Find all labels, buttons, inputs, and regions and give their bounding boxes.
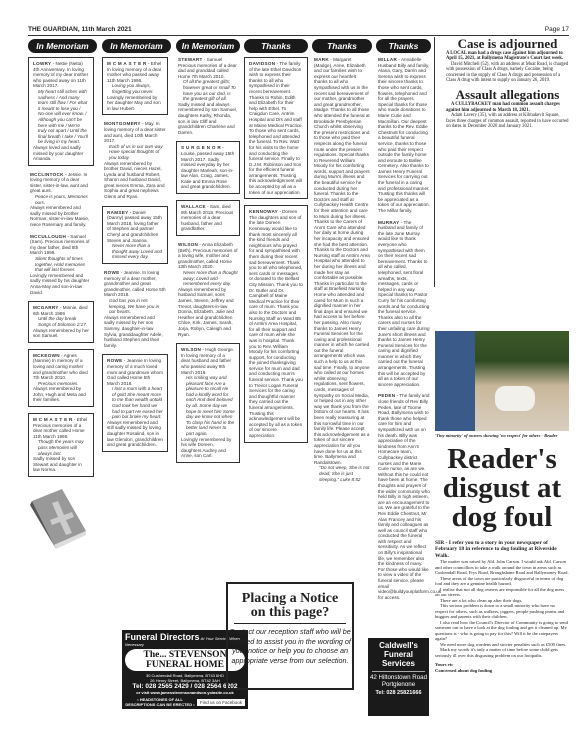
dog-fouling-story: 'Tiny minority' of owners showing 'no re… <box>435 433 569 673</box>
photo-caption: 'Tiny minority' of owners showing 'no re… <box>435 433 569 439</box>
dog-walking-photo <box>435 331 569 431</box>
placing-notice-ad: Placing a Notice on this page? Contact o… <box>226 582 354 690</box>
column-thanks-1: DAVIDSON - The family of the late Ethel … <box>244 57 308 449</box>
section-header-in-memoriam: In Memoriam <box>176 39 240 53</box>
section-header-in-memoriam: In Memoriam <box>102 39 171 53</box>
notice-kennoway: KENNOWAY - Doreen The daughters and son … <box>244 205 308 442</box>
notice-millar: MILLAR - Annabelle Husband Billy and fam… <box>376 57 432 214</box>
notice-lowry: LOWRY - Nettie (Netta) 4th Anniversary. … <box>28 57 94 166</box>
notice-mcclintock: MCCLINTOCK - Jessie. In loving memory of… <box>28 172 94 228</box>
notice-mccullough: MCCULLOUGH - Samuel (Sam). Precious memo… <box>28 234 94 296</box>
notice-mcmaster: M C M A S T E R - Ethel In loving memory… <box>102 57 168 115</box>
column-thanks-2: MARK - Margaret (Madge). Anne, Elizabeth… <box>312 57 372 488</box>
section-header-in-memoriam: In Memoriam <box>28 39 97 53</box>
notice-wilson-hugh: WILSON - Hugh George. In loving memory o… <box>176 343 240 463</box>
bible-cross-icon <box>28 487 88 549</box>
notice-mark: MARK - Margaret (Madge). Anne, Elizabeth… <box>312 57 372 482</box>
facebook-icon: Find us on Facebook <box>197 699 245 706</box>
notice-peden: PEDEN - The family and close friends of … <box>376 393 432 600</box>
notice-stewart: STEWART - Samuel Precious memories of a … <box>176 57 240 135</box>
page-number: Page 17 <box>545 26 569 33</box>
notice-wilson-anna: WILSON - Anna Elizabeth (Beth). Precious… <box>176 242 240 337</box>
notice-rowe-2: ROWE - Jeannie In loving memory of a muc… <box>102 354 168 452</box>
column-in-memoriam-2: M C M A S T E R - Ethel In loving memory… <box>102 57 168 458</box>
notice-ramsey: RAMSEY - Daniel (Danny) passed away 15th… <box>102 206 168 264</box>
column-thanks-3: MILLAR - Annabelle Husband Billy and fam… <box>376 57 432 606</box>
column-in-memoriam-1: LOWRY - Nettie (Netta) 4th Anniversary. … <box>28 57 94 551</box>
notice-surgenor: S U R G E N O R - Louise, passed away 15… <box>176 141 240 194</box>
paper-title: THE GUARDIAN, 11th March 2021 <box>28 26 132 33</box>
newspaper-page: THE GUARDIAN, 11th March 2021 Page 17 In… <box>28 24 569 714</box>
news-column: Case is adjourned A LOCAL man had a drug… <box>446 37 569 129</box>
headline-dog-foul: Reader's disgust at dog foul <box>435 445 569 532</box>
notice-wallace: WALLACE - Sam, died 9th March 2018. Prec… <box>176 200 240 236</box>
section-header-thanks: Thanks <box>244 39 308 53</box>
masthead: THE GUARDIAN, 11th March 2021 Page 17 <box>28 24 569 36</box>
notice-mcmaster: M C M A S T E R - Ethel Precious memorie… <box>28 413 94 477</box>
column-in-memoriam-3: STEWART - Samuel Precious memories of a … <box>176 57 240 469</box>
caldwells-funeral-ad: Caldwell's Funeral Services 42 Hiltonsto… <box>368 638 429 716</box>
column-divider <box>434 37 435 287</box>
notice-murray: MURRAY - The husband and family of the l… <box>376 220 432 388</box>
headline-assault: Assault allegations <box>446 88 569 102</box>
section-header-thanks: Thanks <box>312 39 372 53</box>
notice-mckeown: MCKEOWN - Agnes (Nannie) In memory of a … <box>28 349 94 407</box>
headline-case-adjourned: Case is adjourned <box>446 37 569 51</box>
notice-mcgarry: MCGARRY - Minnie, died 6th March 1969Unt… <box>28 301 94 343</box>
notice-rowe: ROWE - Jeannie. In loving memory of a de… <box>102 270 168 348</box>
notice-davidson: DAVIDSON - The family of the late Ethel … <box>244 57 308 199</box>
section-header-thanks: Thanks <box>376 39 431 53</box>
notice-montgomery: MONTGOMERY - May. In loving memory of a … <box>102 121 168 199</box>
